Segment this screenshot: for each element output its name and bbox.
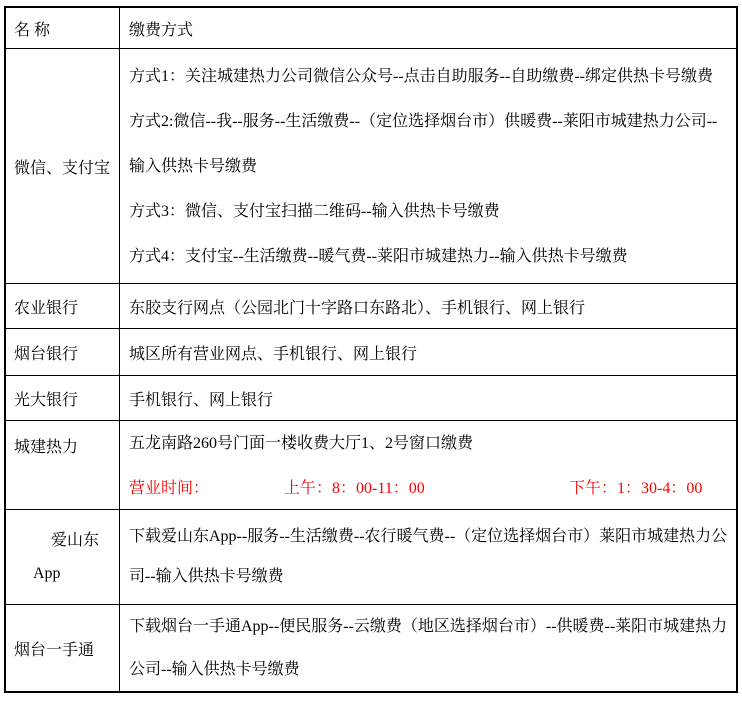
row-name-label: 光大银行: [14, 387, 115, 410]
method-cell-chengjian-thermal: 五龙南路260号门面一楼收费大厅1、2号窗口缴费 营业时间： 上午：8：00-1…: [120, 421, 736, 509]
name-cell-chengjian-thermal: 城建热力: [6, 421, 120, 509]
business-hours-afternoon: 下午：1：30-4：00: [569, 466, 702, 509]
header-method-label: 缴费方式: [129, 17, 730, 40]
row-name-label: 烟台一手通: [14, 637, 115, 660]
name-cell-agricultural-bank: 农业银行: [6, 284, 120, 328]
row-name-label: 微信、支付宝: [14, 155, 115, 178]
business-hours-line: 营业时间： 上午：8：00-11：00 下午：1：30-4：00: [129, 466, 730, 509]
table-row-everbright-bank: 光大银行 手机银行、网上银行: [6, 375, 736, 420]
method-cell-yantai-bank: 城区所有营业网点、手机银行、网上银行: [120, 329, 736, 375]
method-cell-everbright-bank: 手机银行、网上银行: [120, 376, 736, 420]
method-step-2: 方式2:微信--我--服务--生活缴费--（定位选择烟台市）供暖费--莱阳市城建…: [129, 99, 730, 189]
method-text: 下载爱山东App--服务--生活缴费--农行暖气费--（定位选择烟台市）莱阳市城…: [129, 517, 730, 597]
table-row-aishandong-app: 爱山东 App 下载爱山东App--服务--生活缴费--农行暖气费--（定位选择…: [6, 509, 736, 604]
method-cell-aishandong-app: 下载爱山东App--服务--生活缴费--农行暖气费--（定位选择烟台市）莱阳市城…: [120, 510, 736, 604]
row-name-label-line2: App: [14, 557, 115, 590]
method-text: 下载烟台一手通App--便民服务--云缴费（地区选择烟台市）--供暖费--莱阳市…: [129, 605, 730, 691]
name-cell-yantai-bank: 烟台银行: [6, 329, 120, 375]
header-cell-method: 缴费方式: [120, 8, 736, 48]
table-row-chengjian-thermal: 城建热力 五龙南路260号门面一楼收费大厅1、2号窗口缴费 营业时间： 上午：8…: [6, 420, 736, 509]
header-cell-name: 名 称: [6, 8, 120, 48]
table-header-row: 名 称 缴费方式: [6, 8, 736, 48]
row-name-label: 烟台银行: [14, 341, 115, 364]
row-name-label: 农业银行: [14, 295, 115, 318]
name-cell-yantai-yishoutong: 烟台一手通: [6, 605, 120, 691]
method-step-3: 方式3：微信、支付宝扫描二维码--输入供热卡号缴费: [129, 189, 730, 234]
table-row-agricultural-bank: 农业银行 东胶支行网点（公园北门十字路口东路北）、手机银行、网上银行: [6, 283, 736, 328]
name-cell-everbright-bank: 光大银行: [6, 376, 120, 420]
row-name-label: 城建热力: [14, 434, 115, 457]
table-row-wechat-alipay: 微信、支付宝 方式1：关注城建热力公司微信公众号--点击自助服务--自助缴费--…: [6, 48, 736, 283]
business-hours-morning: 上午：8：00-11：00: [284, 466, 425, 509]
method-text: 城区所有营业网点、手机银行、网上银行: [129, 341, 730, 364]
row-name-label-line1: 爱山东: [14, 524, 115, 557]
method-cell-yantai-yishoutong: 下载烟台一手通App--便民服务--云缴费（地区选择烟台市）--供暖费--莱阳市…: [120, 605, 736, 691]
method-cell-wechat-alipay: 方式1：关注城建热力公司微信公众号--点击自助服务--自助缴费--绑定供热卡号缴…: [120, 49, 736, 283]
table-row-yantai-bank: 烟台银行 城区所有营业网点、手机银行、网上银行: [6, 328, 736, 375]
office-address-text: 五龙南路260号门面一楼收费大厅1、2号窗口缴费: [129, 421, 730, 466]
name-cell-aishandong-app: 爱山东 App: [6, 510, 120, 604]
method-step-4: 方式4：支付宝--生活缴费--暖气费--莱阳市城建热力--输入供热卡号缴费: [129, 234, 730, 279]
method-cell-agricultural-bank: 东胶支行网点（公园北门十字路口东路北）、手机银行、网上银行: [120, 284, 736, 328]
table-row-yantai-yishoutong: 烟台一手通 下载烟台一手通App--便民服务--云缴费（地区选择烟台市）--供暖…: [6, 604, 736, 691]
method-text: 东胶支行网点（公园北门十字路口东路北）、手机银行、网上银行: [129, 295, 730, 318]
header-name-label: 名 称: [14, 17, 115, 40]
method-step-1: 方式1：关注城建热力公司微信公众号--点击自助服务--自助缴费--绑定供热卡号缴…: [129, 54, 730, 99]
business-hours-label: 营业时间：: [129, 466, 209, 509]
method-text: 手机银行、网上银行: [129, 387, 730, 410]
name-cell-wechat-alipay: 微信、支付宝: [6, 49, 120, 283]
payment-methods-table: 名 称 缴费方式 微信、支付宝 方式1：关注城建热力公司微信公众号--点击自助服…: [4, 6, 738, 693]
